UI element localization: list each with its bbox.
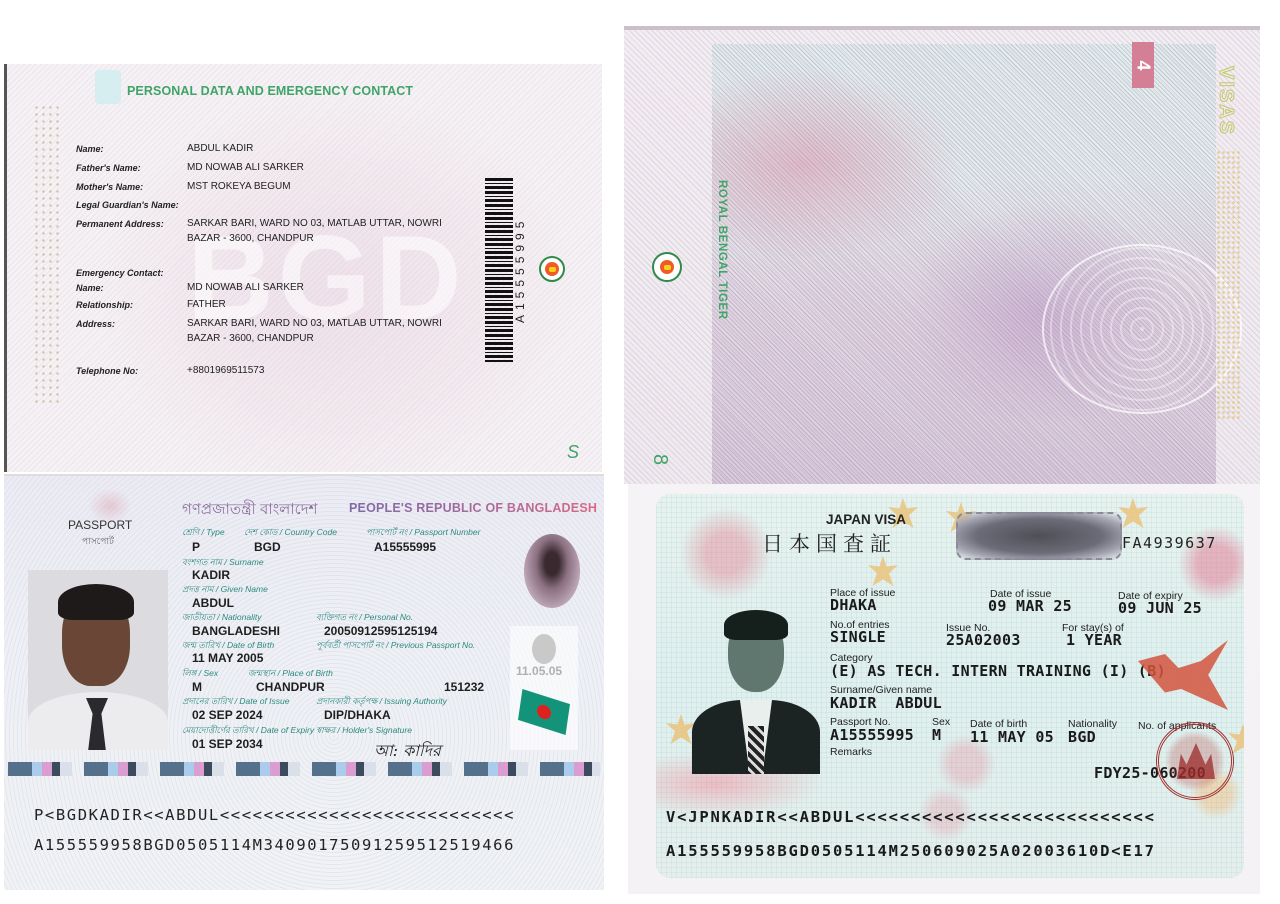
type-label: শ্রেণি / Type [182, 526, 225, 540]
ghost-image: 11.05.05 [510, 626, 578, 750]
date-of-expiry-value: 01 SEP 2034 [192, 737, 263, 751]
page-mark: S [567, 442, 579, 463]
mrz-line-1: P<BGDKADIR<<ABDUL<<<<<<<<<<<<<<<<<<<<<<<… [34, 806, 515, 824]
visa-title-kanji: 日本国査証 [762, 528, 897, 558]
given-name-value: ABDUL [192, 596, 234, 610]
surname-value: KADIR [192, 568, 230, 582]
visa-passport-no-value: A15555995 [830, 726, 914, 744]
field-label: Name: [76, 144, 104, 154]
country-code-value: BGD [254, 540, 281, 554]
field-value-line2: BAZAR - 3600, CHANDPUR [187, 331, 314, 346]
bangladesh-flag-icon [518, 689, 570, 735]
holder-photo [28, 570, 168, 750]
ministry-seal-icon [1156, 722, 1234, 800]
tiger-face [1042, 244, 1242, 414]
date-of-issue-value: 02 SEP 2024 [192, 708, 263, 722]
field-value-line2: BAZAR - 3600, CHANDPUR [187, 231, 314, 246]
secondary-oval-photo [524, 534, 580, 608]
personal-no-value: 20050912595125194 [324, 624, 437, 638]
given-name-label: প্রদত্ত নাম / Given Name [182, 583, 268, 597]
visa-holder-photo [692, 604, 820, 774]
date-of-issue-label: প্রদানের তারিখ / Date of Issue [182, 695, 290, 709]
field-label: Mother's Name: [76, 182, 143, 192]
field-label: Name: [76, 283, 104, 293]
emergency-contact-label: Emergency Contact: [76, 268, 164, 278]
visa-sex-value: M [932, 726, 941, 744]
entries-value: SINGLE [830, 628, 886, 646]
issuing-authority-label: প্রদানকারী কর্তৃপক্ষ / Issuing Authority [316, 695, 447, 709]
visa-date-of-expiry-value: 09 JUN 25 [1118, 599, 1202, 617]
japan-visa-sticker: JAPAN VISA 日本国査証 FA4939637 Place of issu… [656, 494, 1244, 878]
field-label: Permanent Address: [76, 219, 164, 229]
nationality-value: BANGLADESHI [192, 624, 280, 638]
visa-security-seal [956, 512, 1122, 560]
visa-dob-value: 11 MAY 05 [970, 728, 1054, 746]
visa-number: FA4939637 [1122, 534, 1217, 552]
place-of-birth-label: জন্মস্থান / Place of Birth [248, 667, 333, 681]
field-value: FATHER [187, 297, 226, 312]
sex-label: লিঙ্গ / Sex [182, 667, 218, 681]
passport-data-page: PASSPORT পাসপোর্ট গণপ্রজাতন্ত্রী বাংলাদে… [4, 474, 604, 890]
page-number-4-text: 4 [1132, 60, 1153, 70]
page-number-8: 8 [648, 454, 671, 465]
category-value: (E) AS TECH. INTERN TRAINING (I) (B) [830, 662, 1166, 680]
hologram-strip [8, 762, 600, 776]
barcode [485, 178, 513, 362]
security-mark [95, 70, 121, 104]
country-name-bangla: গণপ্রজাতন্ত্রী বাংলাদেশ [182, 498, 317, 523]
visa-mrz-line-2: A155559958BGD0505114M250609025A02003610D… [666, 842, 1156, 860]
dob-value: 11 MAY 2005 [192, 651, 263, 665]
ghost-date: 11.05.05 [516, 664, 562, 678]
visas-bangla-label [1216, 150, 1242, 420]
sex-value: M [192, 680, 202, 694]
barcode-number: A15555995 [513, 176, 535, 364]
passport-number-label: পাসপোর্ট নং / Passport Number [366, 526, 480, 540]
field-value: SARKAR BARI, WARD NO 03, MATLAB UTTAR, N… [187, 316, 442, 331]
tiger-illustration [712, 44, 1216, 488]
previous-passport-label: পূর্ববর্তী পাসপোর্ট নং / Previous Passpo… [316, 639, 475, 653]
perforated-passport-number [33, 104, 63, 404]
country-code-label: দেশ কোড / Country Code [244, 526, 337, 540]
field-label: Relationship: [76, 300, 133, 310]
visa-nationality-value: BGD [1068, 728, 1096, 746]
page-number-4: 4 [1132, 42, 1154, 88]
passport-word: PASSPORT [68, 518, 132, 532]
mrz-line-2: A155559958BGD0505114M3409017509125951251… [34, 836, 515, 854]
place-of-birth-value: CHANDPUR [256, 680, 325, 694]
extra-number-value: 151232 [444, 680, 484, 694]
date-of-expiry-label: মেয়াদোত্তীর্ণের তারিখ / Date of Expiry [182, 724, 314, 738]
personal-no-label: ব্যক্তিগত নং / Personal No. [316, 611, 413, 625]
stay-value: 1 YEAR [1066, 631, 1122, 649]
tiger-caption: ROYAL BENGAL TIGER [716, 180, 728, 320]
nationality-label: জাতীয়তা / Nationality [182, 611, 262, 625]
field-label: Legal Guardian's Name: [76, 200, 179, 210]
visas-label: VISAS [1214, 66, 1237, 136]
field-label: Address: [76, 319, 115, 329]
field-value: MD NOWAB ALI SARKER [187, 160, 304, 175]
field-value: MST ROKEYA BEGUM [187, 179, 291, 194]
country-name-english: PEOPLE'S REPUBLIC OF BANGLADESH [349, 501, 597, 515]
passport-word-bangla: পাসপোর্ট [82, 534, 114, 549]
issuing-authority-value: DIP/DHAKA [324, 708, 391, 722]
visa-title: JAPAN VISA [826, 512, 906, 527]
place-of-issue-value: DHAKA [830, 596, 877, 614]
visa-date-of-issue-value: 09 MAR 25 [988, 597, 1072, 615]
remarks-label: Remarks [830, 746, 872, 758]
tiger-page: ROYAL BENGAL TIGER 8 4 VISAS [624, 26, 1260, 484]
passport-number-value: A15555995 [374, 540, 436, 554]
field-value: MD NOWAB ALI SARKER [187, 280, 304, 295]
visa-name-value: KADIR ABDUL [830, 694, 942, 712]
bangladesh-emblem-icon [652, 252, 682, 282]
issue-no-value: 25A02003 [946, 631, 1021, 649]
visa-mrz-line-1: V<JPNKADIR<<ABDUL<<<<<<<<<<<<<<<<<<<<<<<… [666, 808, 1156, 826]
type-value: P [192, 540, 200, 554]
visa-page: JAPAN VISA 日本国査証 FA4939637 Place of issu… [628, 484, 1260, 894]
bangladesh-emblem-icon [539, 256, 565, 282]
holder-signature: আ: কাদির [374, 738, 441, 765]
signature-label: স্বাক্ষর / Holder's Signature [316, 724, 412, 738]
field-value: +8801969511573 [187, 363, 264, 378]
field-value: SARKAR BARI, WARD NO 03, MATLAB UTTAR, N… [187, 216, 442, 231]
origami-crane-icon [1138, 640, 1228, 710]
field-value: ABDUL KADIR [187, 141, 253, 156]
personal-data-title: PERSONAL DATA AND EMERGENCY CONTACT [127, 84, 413, 98]
field-label: Telephone No: [76, 366, 138, 376]
personal-data-page: BGD PERSONAL DATA AND EMERGENCY CONTACT … [4, 64, 602, 472]
field-label: Father's Name: [76, 163, 141, 173]
